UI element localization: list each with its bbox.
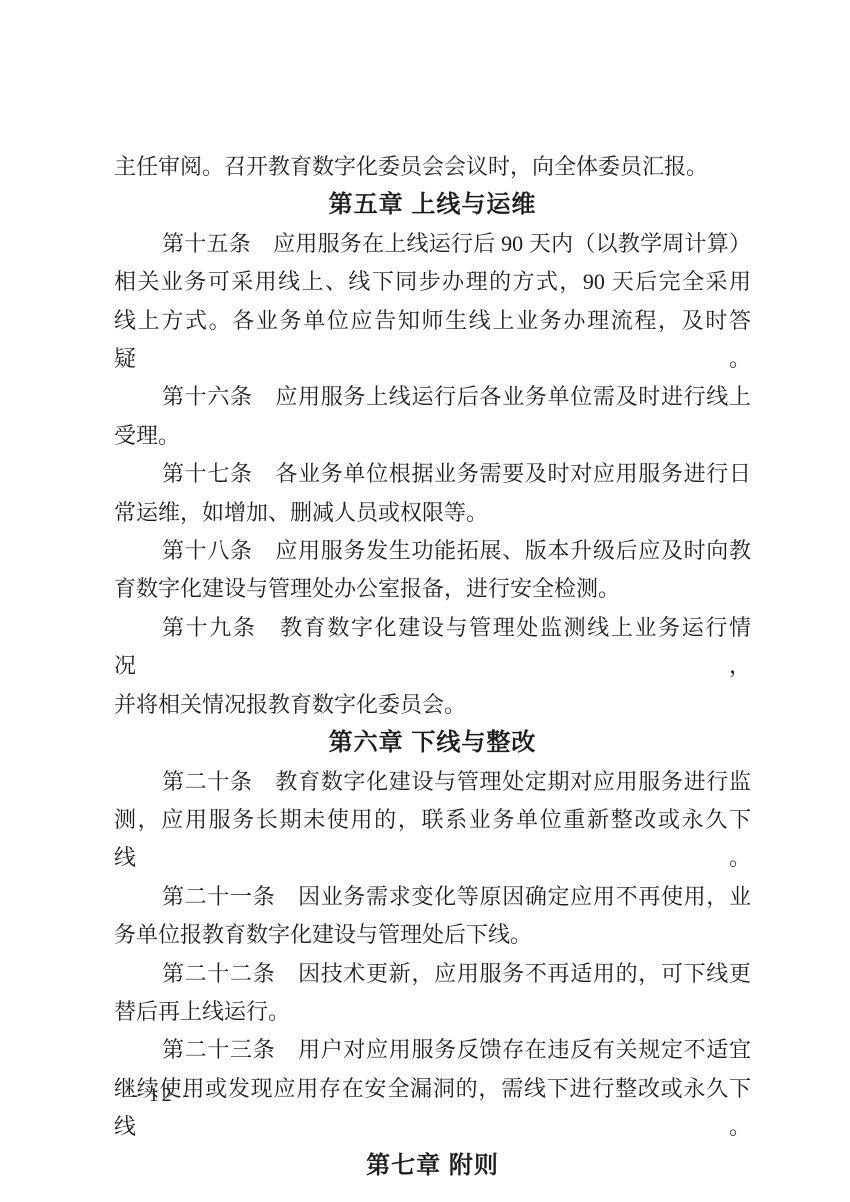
paragraph-line: 第十五条 应用服务在上线运行后 90 天内（以教学周计算）: [114, 225, 751, 263]
chapter-heading: 第六章 下线与整改: [114, 724, 751, 762]
paragraph-line: 第二十二条 因技术更新，应用服务不再适用的，可下线更: [114, 955, 751, 993]
paragraph-line: 受理。: [114, 417, 751, 455]
paragraph-line: 育数字化建设与管理处办公室报备，进行安全检测。: [114, 570, 751, 608]
paragraph-line: 第二十三条 用户对应用服务反馈存在违反有关规定不适宜: [114, 1031, 751, 1069]
page-number: - 12 -: [131, 1084, 192, 1107]
chapter-heading: 第七章 附则: [114, 1147, 751, 1185]
paragraph-line: 第十七条 各业务单位根据业务需要及时对应用服务进行日: [114, 455, 751, 493]
paragraph-line: 主任审阅。召开教育数字化委员会会议时，向全体委员汇报。: [114, 148, 751, 186]
paragraph-line: 务单位报教育数字化建设与管理处后下线。: [114, 916, 751, 954]
chapter-heading: 第五章 上线与运维: [114, 186, 751, 224]
paragraph-line: 第二十条 教育数字化建设与管理处定期对应用服务进行监: [114, 763, 751, 801]
paragraph-line: 替后再上线运行。: [114, 993, 751, 1031]
paragraph-line: 第十八条 应用服务发生功能拓展、版本升级后应及时向教: [114, 532, 751, 570]
paragraph-line: 并将相关情况报教育数字化委员会。: [114, 686, 751, 724]
paragraph-line: 常运维，如增加、删减人员或权限等。: [114, 494, 751, 532]
document-body: 主任审阅。召开教育数字化委员会会议时，向全体委员汇报。第五章 上线与运维第十五条…: [114, 148, 751, 1185]
paragraph-line: 测，应用服务长期未使用的，联系业务单位重新整改或永久下线。: [114, 801, 751, 878]
paragraph-line: 继续使用或发现应用存在安全漏洞的，需线下进行整改或永久下线。: [114, 1070, 751, 1147]
paragraph-line: 第十九条 教育数字化建设与管理处监测线上业务运行情况，: [114, 609, 751, 686]
document-page: 主任审阅。召开教育数字化委员会会议时，向全体委员汇报。第五章 上线与运维第十五条…: [0, 0, 850, 1202]
paragraph-line: 线上方式。各业务单位应告知师生线上业务办理流程，及时答疑。: [114, 302, 751, 379]
paragraph-line: 第十六条 应用服务上线运行后各业务单位需及时进行线上: [114, 378, 751, 416]
paragraph-line: 相关业务可采用线上、线下同步办理的方式，90 天后完全采用: [114, 263, 751, 301]
paragraph-line: 第二十一条 因业务需求变化等原因确定应用不再使用，业: [114, 878, 751, 916]
